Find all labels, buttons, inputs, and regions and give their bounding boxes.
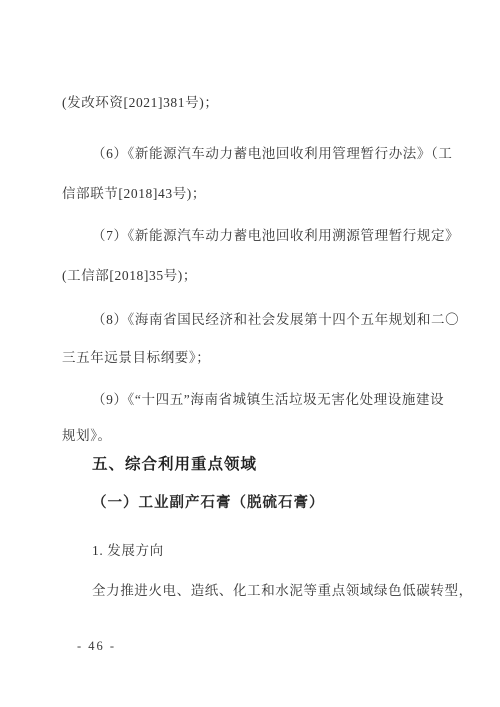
doc-line-item8-part2: 三五年远景目标纲要》； [62,350,210,366]
doc-line-ref-fagai-381: (发改环资[2021]381号)； [62,95,218,111]
doc-line-body-paragraph: 全力推进火电、造纸、化工和水泥等重点领域绿色低碳转型， [92,583,473,599]
doc-line-item7-part1: （7）《新能源汽车动力蓄电池回收利用溯源管理暂行规定》 [92,228,459,244]
section-heading-5: 五、综合利用重点领域 [92,456,257,475]
doc-line-item8-part1: （8）《海南省国民经济和社会发展第十四个五年规划和二〇 [92,312,459,328]
doc-line-development-direction: 1. 发展方向 [92,543,164,559]
doc-line-item6-part2: 信部联节[2018]43号)； [62,186,206,202]
doc-line-item9-part1: （9）《“十四五”海南省城镇生活垃圾无害化处理设施建设 [92,392,444,408]
document-page: (发改环资[2021]381号)； （6）《新能源汽车动力蓄电池回收利用管理暂行… [0,0,500,707]
doc-line-item9-part2: 规划》。 [62,428,112,444]
doc-line-item6-part1: （6）《新能源汽车动力蓄电池回收利用管理暂行办法》（工 [92,146,452,162]
doc-line-item7-part2: (工信部[2018]35号)； [62,268,197,284]
subsection-heading-1: （一）工业副产石膏（脱硫石膏） [92,495,325,512]
page-number: - 46 - [77,639,116,654]
